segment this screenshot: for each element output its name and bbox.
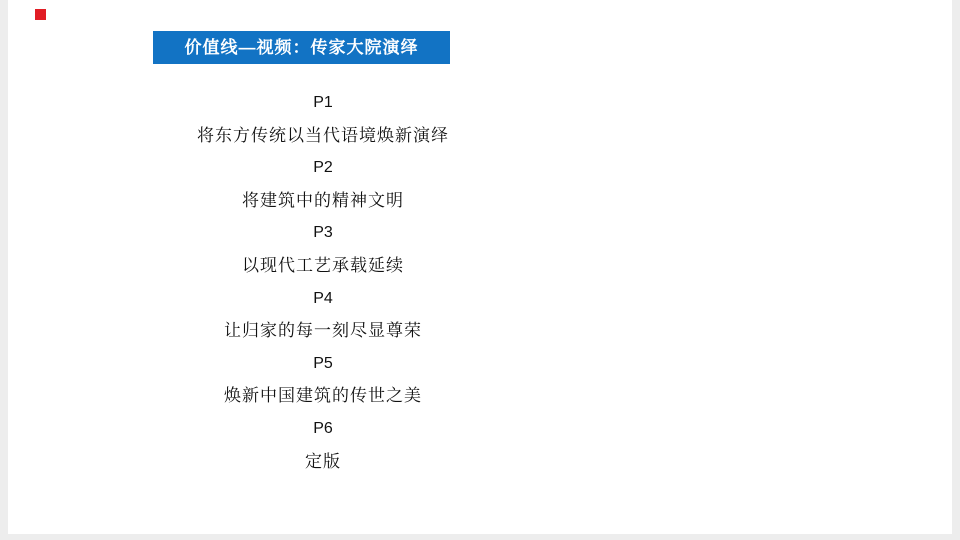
storyboard-step-text-p3: 以现代工艺承载延续 xyxy=(8,250,638,283)
storyboard-step-text-p2: 将建筑中的精神文明 xyxy=(8,185,638,218)
storyboard-step-label-p2: P2 xyxy=(8,152,638,185)
red-marker-square xyxy=(35,9,46,20)
slide-title: 价值线—视频：传家大院演绎 xyxy=(185,38,419,57)
slide-canvas: 价值线—视频：传家大院演绎 P1 将东方传统以当代语境焕新演绎 P2 将建筑中的… xyxy=(8,0,952,534)
storyboard-step-label-p3: P3 xyxy=(8,217,638,250)
storyboard-step-label-p6: P6 xyxy=(8,413,638,446)
slide-title-banner: 价值线—视频：传家大院演绎 xyxy=(153,31,450,64)
storyboard-step-label-p5: P5 xyxy=(8,348,638,381)
storyboard-list: P1 将东方传统以当代语境焕新演绎 P2 将建筑中的精神文明 P3 以现代工艺承… xyxy=(8,87,638,478)
storyboard-step-text-p1: 将东方传统以当代语境焕新演绎 xyxy=(8,120,638,153)
storyboard-step-label-p4: P4 xyxy=(8,283,638,316)
storyboard-step-text-p5: 焕新中国建筑的传世之美 xyxy=(8,380,638,413)
storyboard-step-label-p1: P1 xyxy=(8,87,638,120)
storyboard-step-text-p4: 让归家的每一刻尽显尊荣 xyxy=(8,315,638,348)
slide-stage: 价值线—视频：传家大院演绎 P1 将东方传统以当代语境焕新演绎 P2 将建筑中的… xyxy=(0,0,960,540)
storyboard-step-text-p6: 定版 xyxy=(8,446,638,479)
